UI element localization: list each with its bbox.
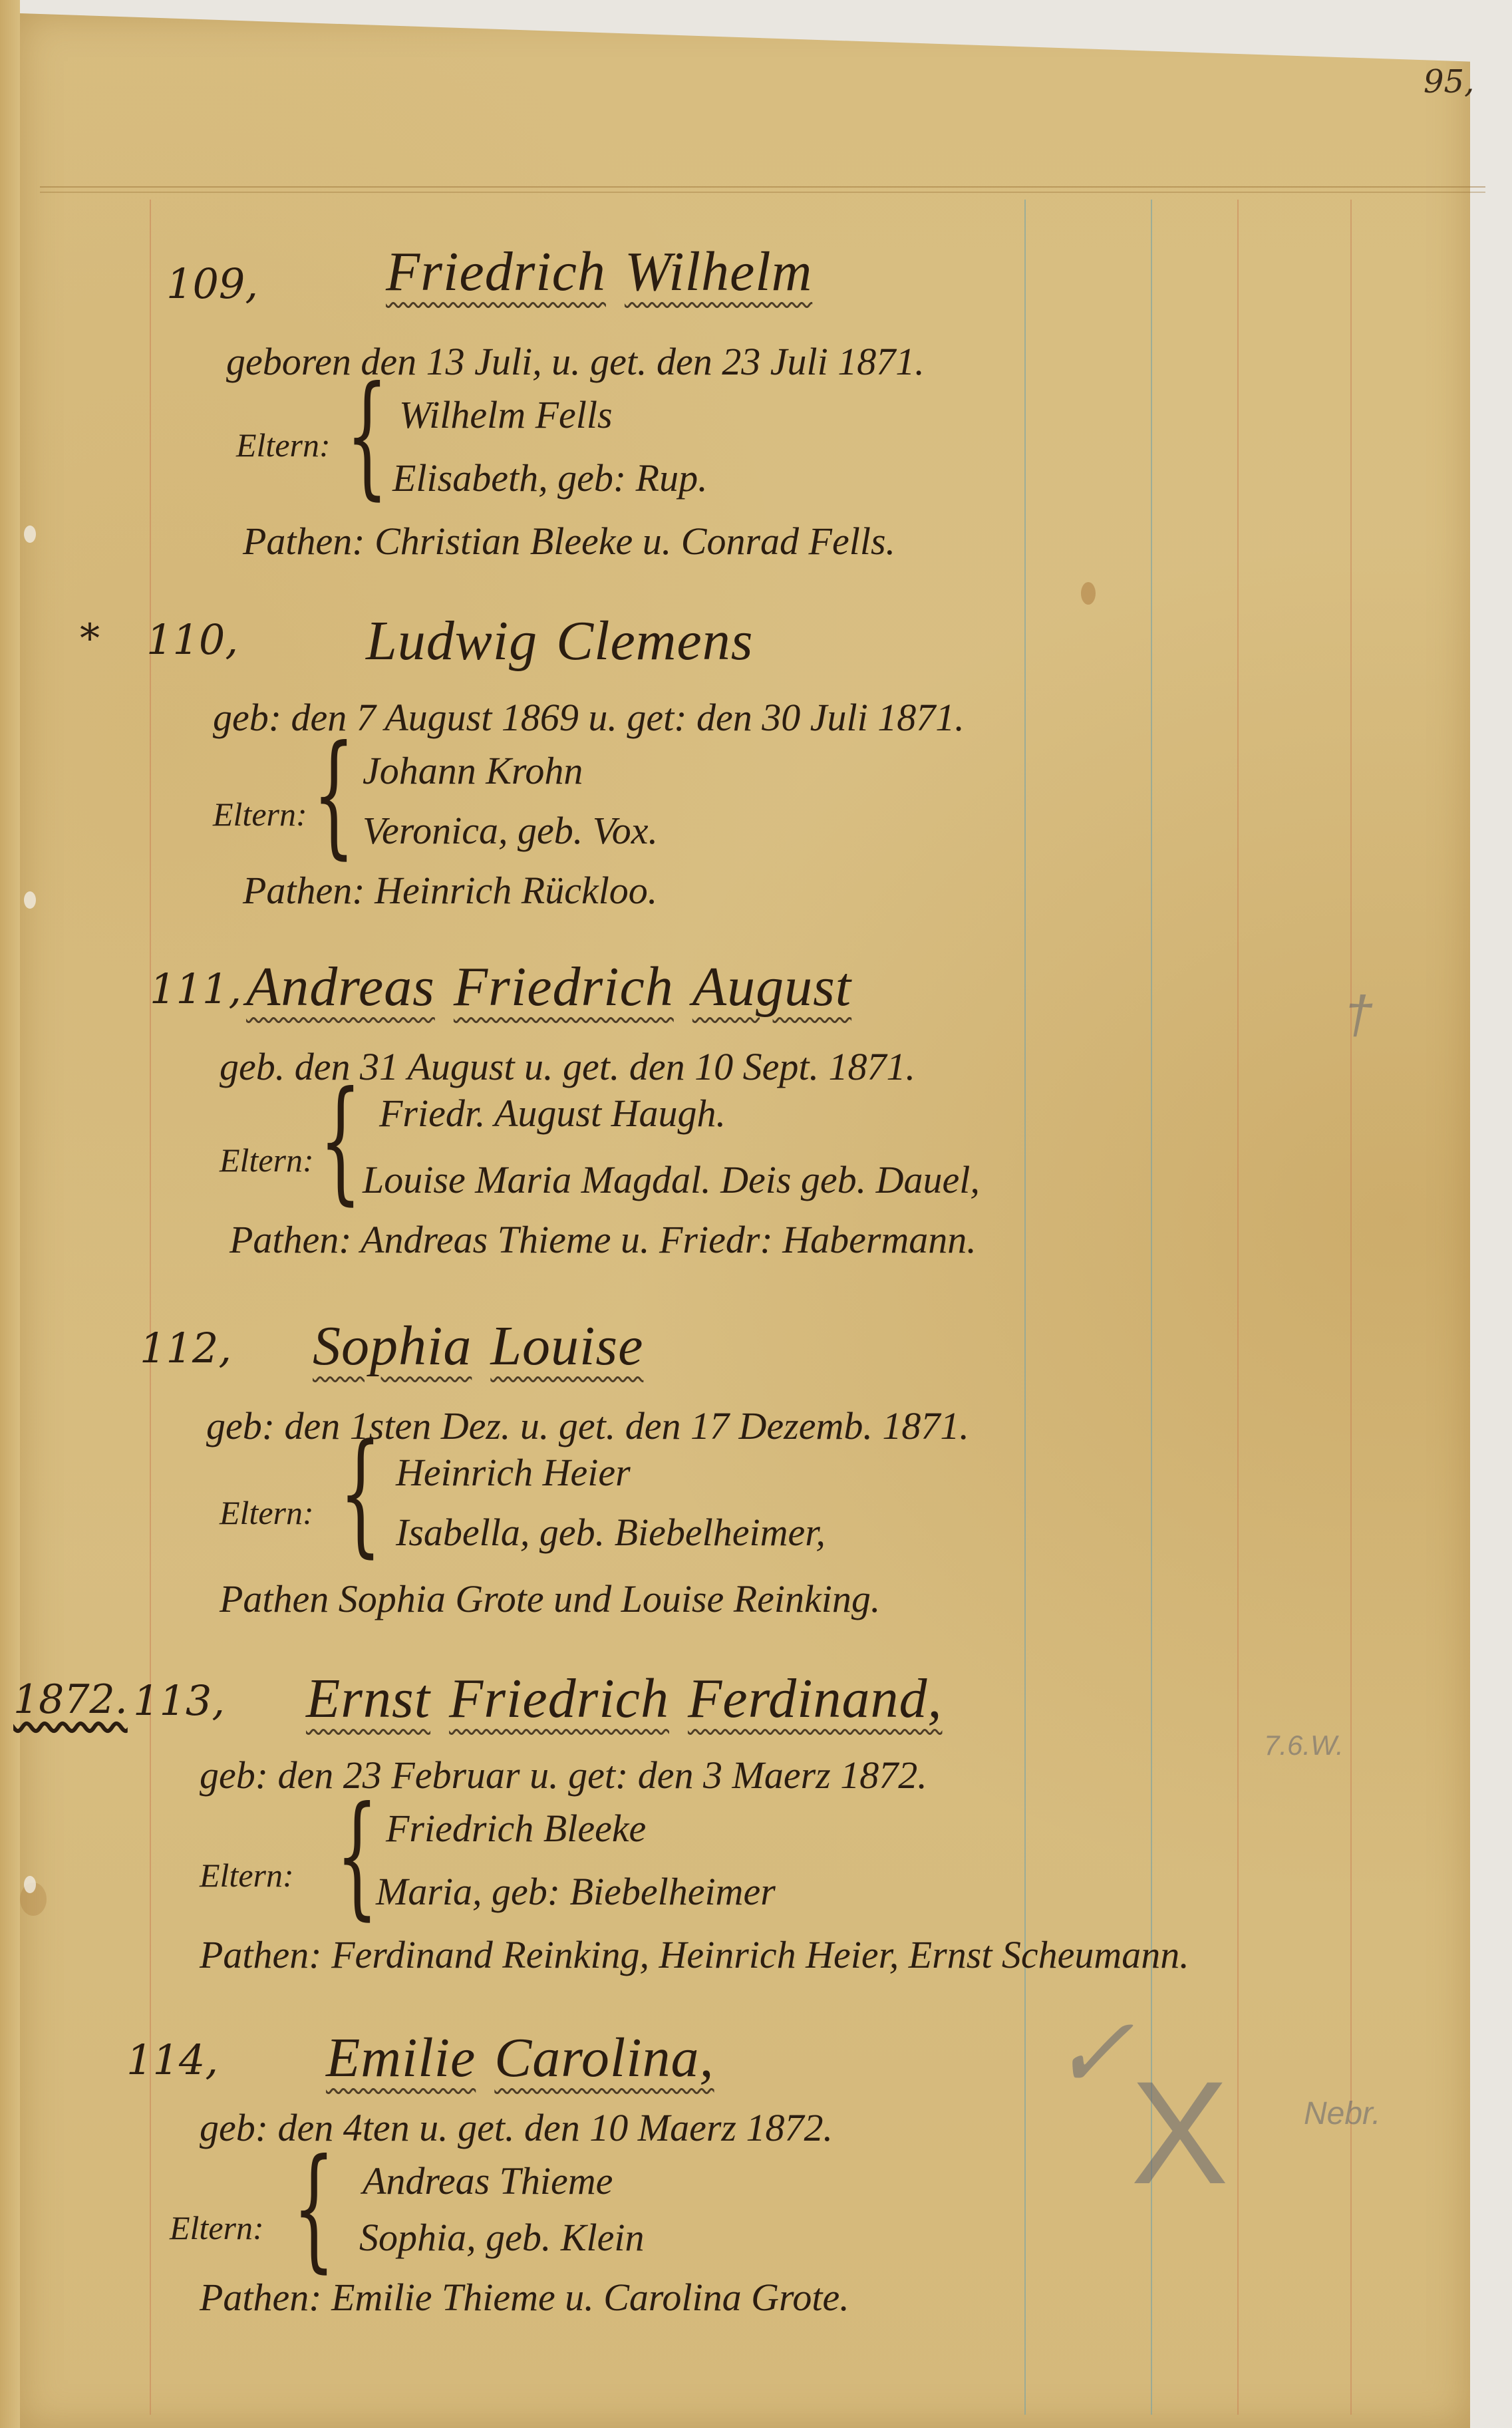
given-names: AndreasFriedrichAugust bbox=[246, 955, 870, 1019]
page-number: 95, bbox=[1424, 63, 1474, 100]
given-names: EmilieCarolina, bbox=[326, 2026, 733, 2090]
given-names: SophiaLouise bbox=[313, 1314, 662, 1378]
birth-baptism-dates: geb: den 1sten Dez. u. get. den 17 Dezem… bbox=[206, 1404, 969, 1448]
brace: { bbox=[293, 2142, 335, 2275]
given-names: ErnstFriedrichFerdinand, bbox=[306, 1666, 961, 1731]
brace: { bbox=[313, 728, 355, 861]
mother-name: Louise Maria Magdal. Deis geb. Dauel, bbox=[363, 1157, 980, 1202]
parents-label: Eltern: bbox=[220, 1141, 314, 1179]
pencil-x-mark: X bbox=[1131, 2049, 1229, 2217]
godparents: Pathen Sophia Grote und Louise Reinking. bbox=[220, 1577, 880, 1621]
mother-name: Maria, geb: Biebelheimer bbox=[376, 1869, 776, 1914]
father-name: Andreas Thieme bbox=[363, 2159, 613, 2203]
binding-hole bbox=[24, 891, 36, 909]
parents-label: Eltern: bbox=[200, 1856, 294, 1895]
mother-name: Isabella, geb. Biebelheimer, bbox=[396, 1510, 826, 1555]
ink-stain bbox=[1081, 582, 1096, 605]
entry-number: 112, bbox=[140, 1324, 231, 1372]
mother-name: Elisabeth, geb: Rup. bbox=[392, 456, 708, 500]
brace: { bbox=[346, 369, 388, 502]
brace: { bbox=[319, 1074, 362, 1207]
brace: { bbox=[336, 1789, 378, 1922]
godparents: Pathen: Christian Bleeke u. Conrad Fells… bbox=[243, 519, 895, 563]
book-spine bbox=[0, 0, 20, 2428]
parents-label: Eltern: bbox=[213, 795, 307, 834]
pencil-note: 7.6.W. bbox=[1264, 1730, 1344, 1761]
godparents: Pathen: Andreas Thieme u. Friedr: Haberm… bbox=[229, 1217, 977, 1262]
column-rule bbox=[1024, 200, 1026, 2415]
father-name: Friedrich Bleeke bbox=[386, 1806, 646, 1851]
entry-number: 113, bbox=[133, 1676, 225, 1725]
given-names: LudwigClemens bbox=[366, 609, 772, 673]
entry-number: 111, bbox=[150, 965, 241, 1013]
birth-baptism-dates: geboren den 13 Juli, u. get. den 23 Juli… bbox=[226, 339, 925, 384]
birth-baptism-dates: geb: den 23 Februar u. get: den 3 Maerz … bbox=[200, 1753, 927, 1797]
entry-number: 110, bbox=[146, 615, 238, 664]
binding-hole bbox=[24, 526, 36, 543]
given-names: FriedrichWilhelm bbox=[386, 239, 831, 304]
parents-label: Eltern: bbox=[236, 426, 331, 464]
entry-number: 109, bbox=[166, 259, 258, 308]
column-rule bbox=[1237, 200, 1239, 2415]
parents-label: Eltern: bbox=[170, 2208, 264, 2247]
brace: { bbox=[339, 1427, 382, 1560]
binding-hole bbox=[24, 1876, 36, 1893]
father-name: Wilhelm Fells bbox=[399, 392, 613, 437]
pencil-checkmark: ✓ bbox=[1051, 1996, 1135, 2111]
godparents: Pathen: Emilie Thieme u. Carolina Grote. bbox=[200, 2275, 849, 2320]
parents-label: Eltern: bbox=[220, 1493, 314, 1532]
mother-name: Veronica, geb. Vox. bbox=[363, 808, 658, 853]
father-name: Heinrich Heier bbox=[396, 1450, 631, 1495]
column-rule bbox=[1350, 200, 1352, 2415]
mother-name: Sophia, geb. Klein bbox=[359, 2215, 645, 2260]
pencil-cross: † bbox=[1344, 985, 1374, 1046]
pencil-note: Nebr. bbox=[1304, 2095, 1381, 2132]
entry-number: 114, bbox=[126, 2036, 218, 2084]
father-name: Friedr. August Haugh. bbox=[379, 1091, 726, 1136]
godparents: Pathen: Heinrich Rückloo. bbox=[243, 868, 657, 913]
margin-year: 1872. bbox=[13, 1676, 128, 1723]
header-rule bbox=[40, 186, 1485, 193]
father-name: Johann Krohn bbox=[363, 748, 583, 793]
margin-asterisk: * bbox=[80, 615, 100, 662]
godparents: Pathen: Ferdinand Reinking, Heinrich Hei… bbox=[200, 1932, 1189, 1977]
